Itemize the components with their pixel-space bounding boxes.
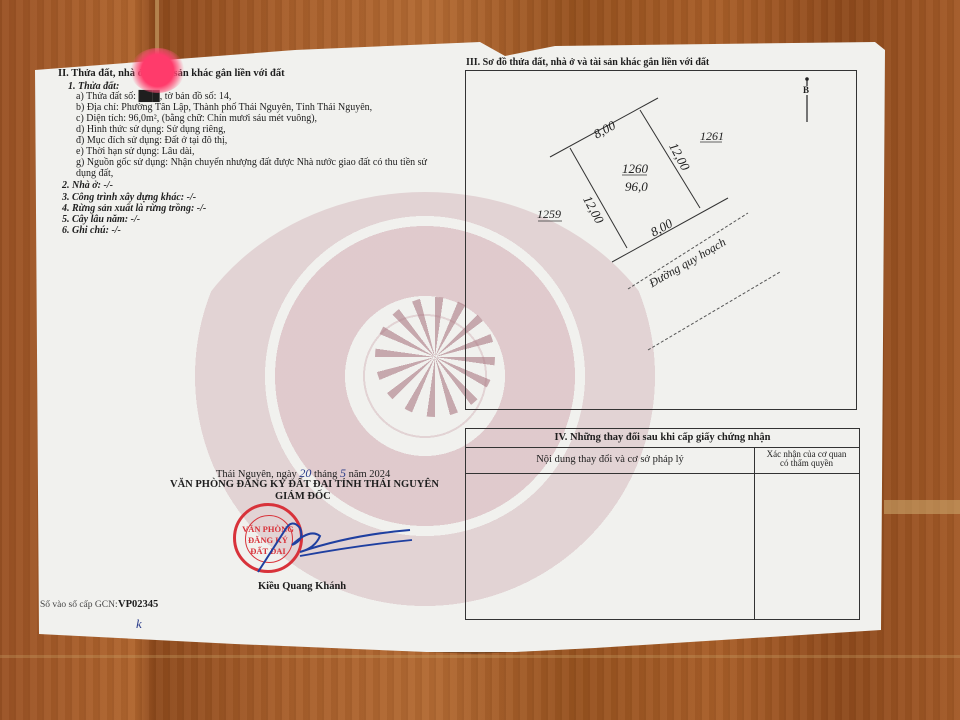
signer-name: Kiều Quang Khánh	[258, 582, 346, 593]
handwritten-signature	[0, 0, 960, 720]
handwritten-initial: k	[136, 617, 142, 630]
register-number: VP02345	[118, 600, 158, 611]
register-label: Số vào sổ cấp GCN:	[40, 601, 118, 611]
